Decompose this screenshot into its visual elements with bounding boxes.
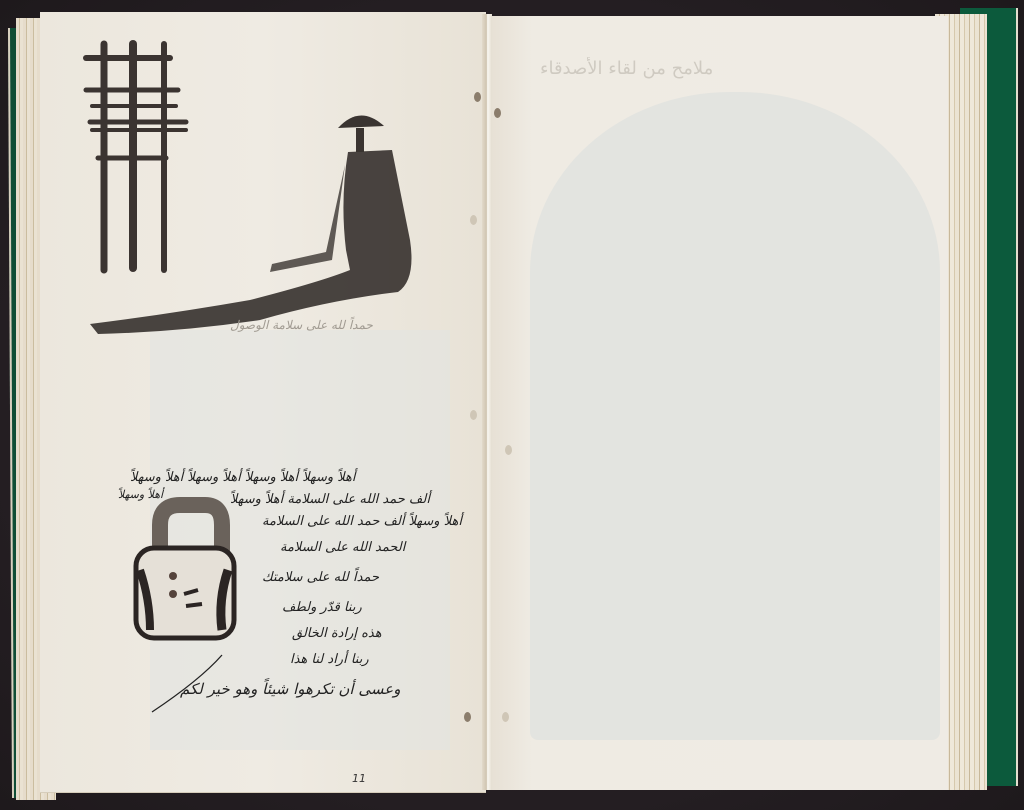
ladder-grid-drawing — [86, 44, 186, 270]
handwriting-line: هذه إرادة الخالق — [292, 626, 382, 641]
handwriting-line: وعسى أن تكرهوا شيئاً وهو خير لكم — [180, 680, 400, 698]
handwriting-line: ربنا أراد لنا هذا — [290, 652, 369, 667]
figure-caption: حمداً لله على سلامة الوصول — [230, 318, 373, 332]
handwriting-line: الحمد الله على السلامة — [280, 540, 405, 555]
ink-drawings — [0, 0, 1024, 810]
handwriting-line: أهلاً وسهلاً أهلاً وسهلاً أهلاً وسهلاً أ… — [130, 470, 356, 485]
handwriting-line: حمداً لله على سلامتك — [262, 570, 379, 585]
padlock-drawing — [136, 505, 234, 638]
handwriting-line: ربنا قدّر ولطف — [282, 600, 362, 615]
seated-figure-drawing — [90, 115, 412, 334]
side-note: أهلاً وسهلاً — [118, 488, 163, 501]
handwriting-line: ألف حمد الله على السلامة أهلاً وسهلاً — [230, 492, 430, 507]
handwriting-line: أهلاً وسهلاً ألف حمد الله على السلامة — [262, 514, 462, 529]
page-number: 11 — [352, 772, 366, 785]
